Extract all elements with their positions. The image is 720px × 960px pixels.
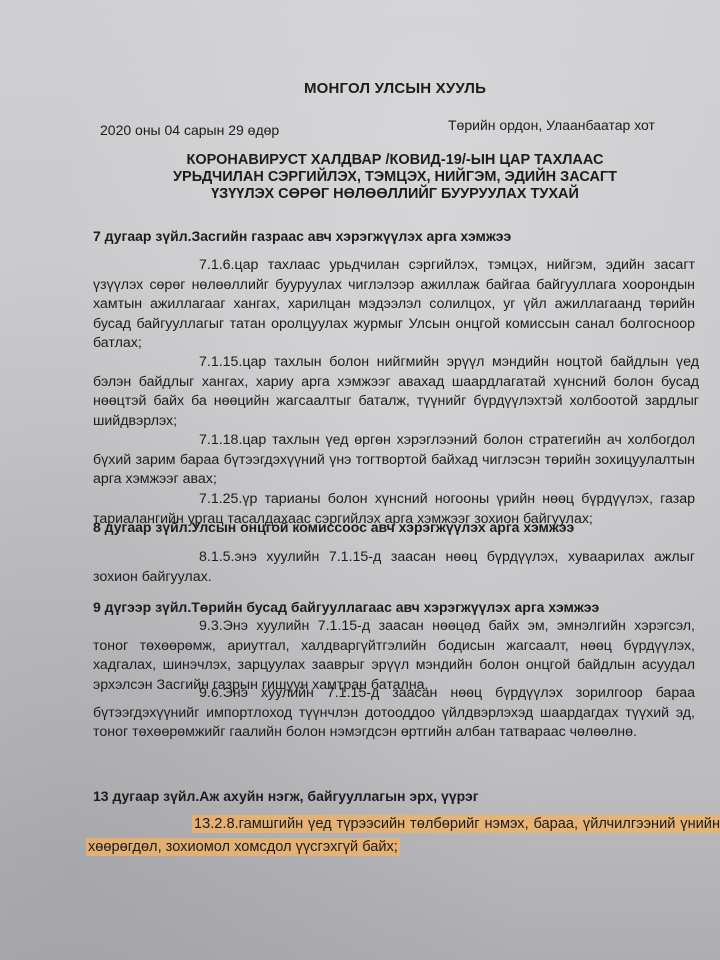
paragraph-8-1-5: 8.1.5.энэ хуулийн 7.1.15-д заасан нөөц б…: [93, 548, 695, 587]
paragraph-7-1-18: 7.1.18.цар тахлын үед өргөн хэрэглээний …: [93, 431, 695, 490]
heading-line: КОРОНАВИРУСТ ХАЛДВАР /КОВИД-19/-ЫН ЦАР Т…: [130, 152, 660, 169]
highlighted-text: 13.2.8.гамшгийн үед түрээсийн төлбөрийг …: [86, 815, 720, 856]
document-place: Төрийн ордон, Улаанбаатар хот: [448, 117, 655, 133]
law-title: МОНГОЛ УЛСЫН ХУУЛЬ: [0, 80, 720, 97]
article-7-title: 7 дугаар зүйл.Засгийн газраас авч хэрэгж…: [93, 228, 511, 244]
article-13-title: 13 дугаар зүйл.Аж ахуйн нэгж, байгууллаг…: [93, 788, 479, 804]
article-9-title: 9 дүгээр зүйл.Төрийн бусад байгууллагаас…: [93, 599, 599, 615]
document-photo: МОНГОЛ УЛСЫН ХУУЛЬ 2020 оны 04 сарын 29 …: [0, 0, 720, 960]
law-heading: КОРОНАВИРУСТ ХАЛДВАР /КОВИД-19/-ЫН ЦАР Т…: [130, 152, 660, 203]
heading-line: ҮЗҮҮЛЭХ СӨРӨГ НӨЛӨӨЛЛИЙГ БУУРУУЛАХ ТУХАЙ: [130, 186, 660, 203]
paragraph-9-6: 9.6.Энэ хуулийн 7.1.15-д заасан нөөц бүр…: [93, 684, 695, 743]
article-8-title: 8 дугаар зүйл.Улсын онцгой комиссоос авч…: [93, 519, 574, 535]
heading-line: УРЬДЧИЛАН СЭРГИЙЛЭХ, ТЭМЦЭХ, НИЙГЭМ, ЭДИ…: [130, 169, 660, 186]
document-date: 2020 оны 04 сарын 29 өдөр: [100, 122, 279, 138]
paragraph-7-1-6: 7.1.6.цар тахлаас урьдчилан сэргийлэх, т…: [93, 256, 695, 354]
paragraph-7-1-15: 7.1.15.цар тахлын болон нийгмийн эрүүл м…: [93, 353, 699, 431]
paragraph-13-2-8: 13.2.8.гамшгийн үед түрээсийн төлбөрийг …: [86, 813, 720, 859]
